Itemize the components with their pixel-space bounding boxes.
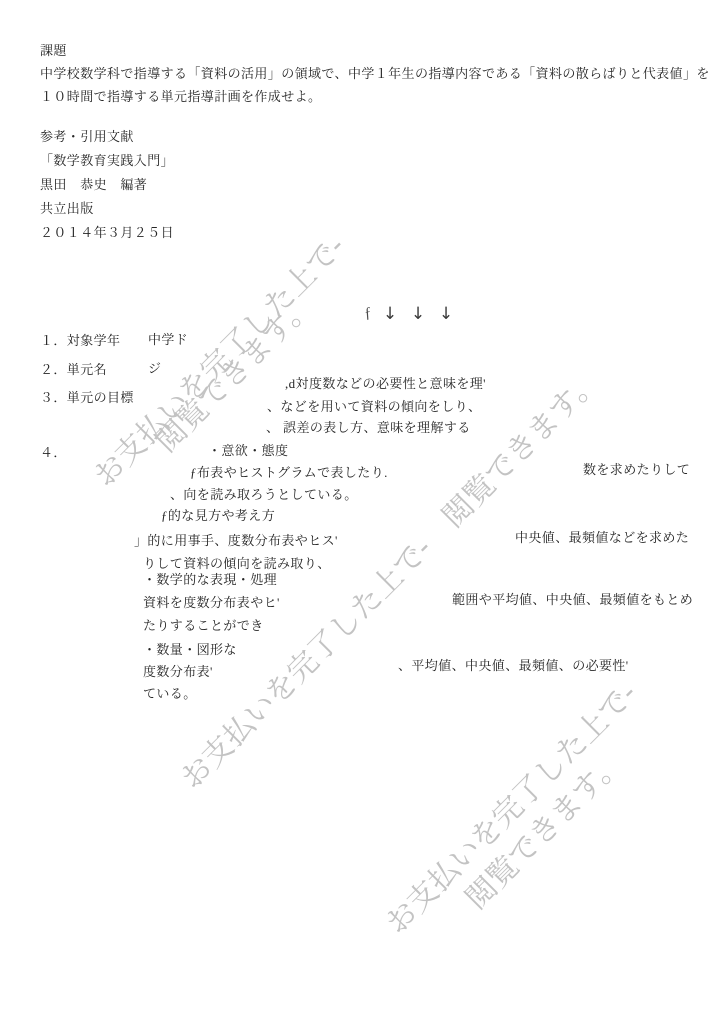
down-arrow-icon: ↓ — [439, 304, 453, 324]
document-page: お支払いを完了した上で-閲覧できます。お支払いを完了した上で- 閲覧できます。お… — [0, 0, 724, 1024]
down-arrow-icon: ↓ — [411, 304, 425, 324]
stray-mark: ƒ — [362, 305, 373, 323]
arrow-row: ƒ↓↓↓ — [0, 0, 724, 1024]
down-arrow-icon: ↓ — [383, 304, 397, 324]
